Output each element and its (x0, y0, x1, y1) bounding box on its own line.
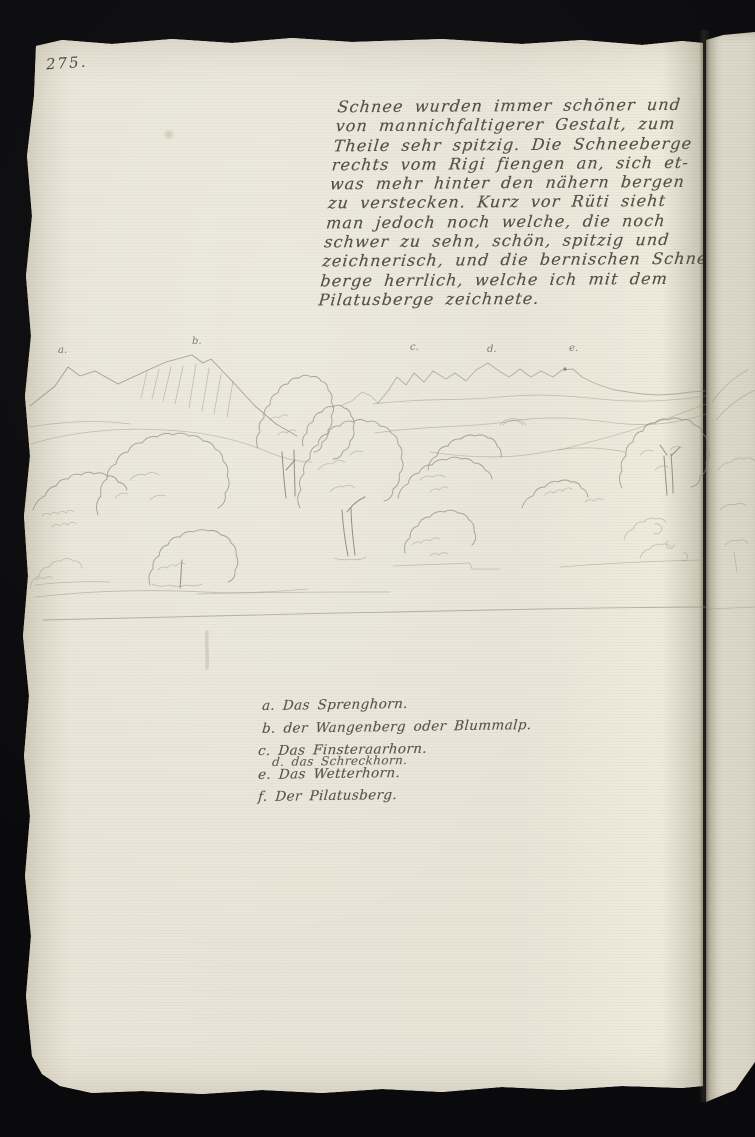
legend-line-f: f. Der Pilatusberg. (257, 787, 397, 805)
adjacent-page-edge (706, 32, 755, 1102)
handwritten-line: Pilatusberge zeichnete. (318, 288, 710, 310)
handwritten-line: von mannichfaltigerer Gestalt, zum (335, 114, 727, 136)
legend-line-e: e. Das Wetterhorn. (257, 765, 400, 783)
page-number: 275. (45, 53, 88, 74)
handwritten-line: berge herrlich, welche ich mit dem (319, 268, 711, 290)
paper-stain (162, 129, 176, 140)
legend-line-b: b. der Wangenberg oder Blummalp. (261, 717, 532, 737)
book-gutter-shadow (699, 30, 710, 1102)
handwritten-paragraph: Schnee wurden immer schöner und von mann… (318, 95, 729, 310)
handwritten-line: zeichnerisch, und die bernischen Schnee- (321, 249, 713, 271)
legend-line-c: c. Das Finsteraarhorn. (257, 741, 427, 759)
handwritten-line: Theile sehr spitzig. Die Schneeberge (333, 133, 725, 155)
manuscript-scan: 275. Schnee wurden immer schöner und von… (0, 0, 755, 1137)
legend-line-d: d. das Schreckhorn. (271, 753, 407, 769)
manuscript-page: 275. Schnee wurden immer schöner und von… (22, 36, 703, 1096)
handwritten-line: zu verstecken. Kurz vor Rüti sieht (327, 191, 719, 213)
legend-line-a: a. Das Sprenghorn. (261, 696, 408, 714)
